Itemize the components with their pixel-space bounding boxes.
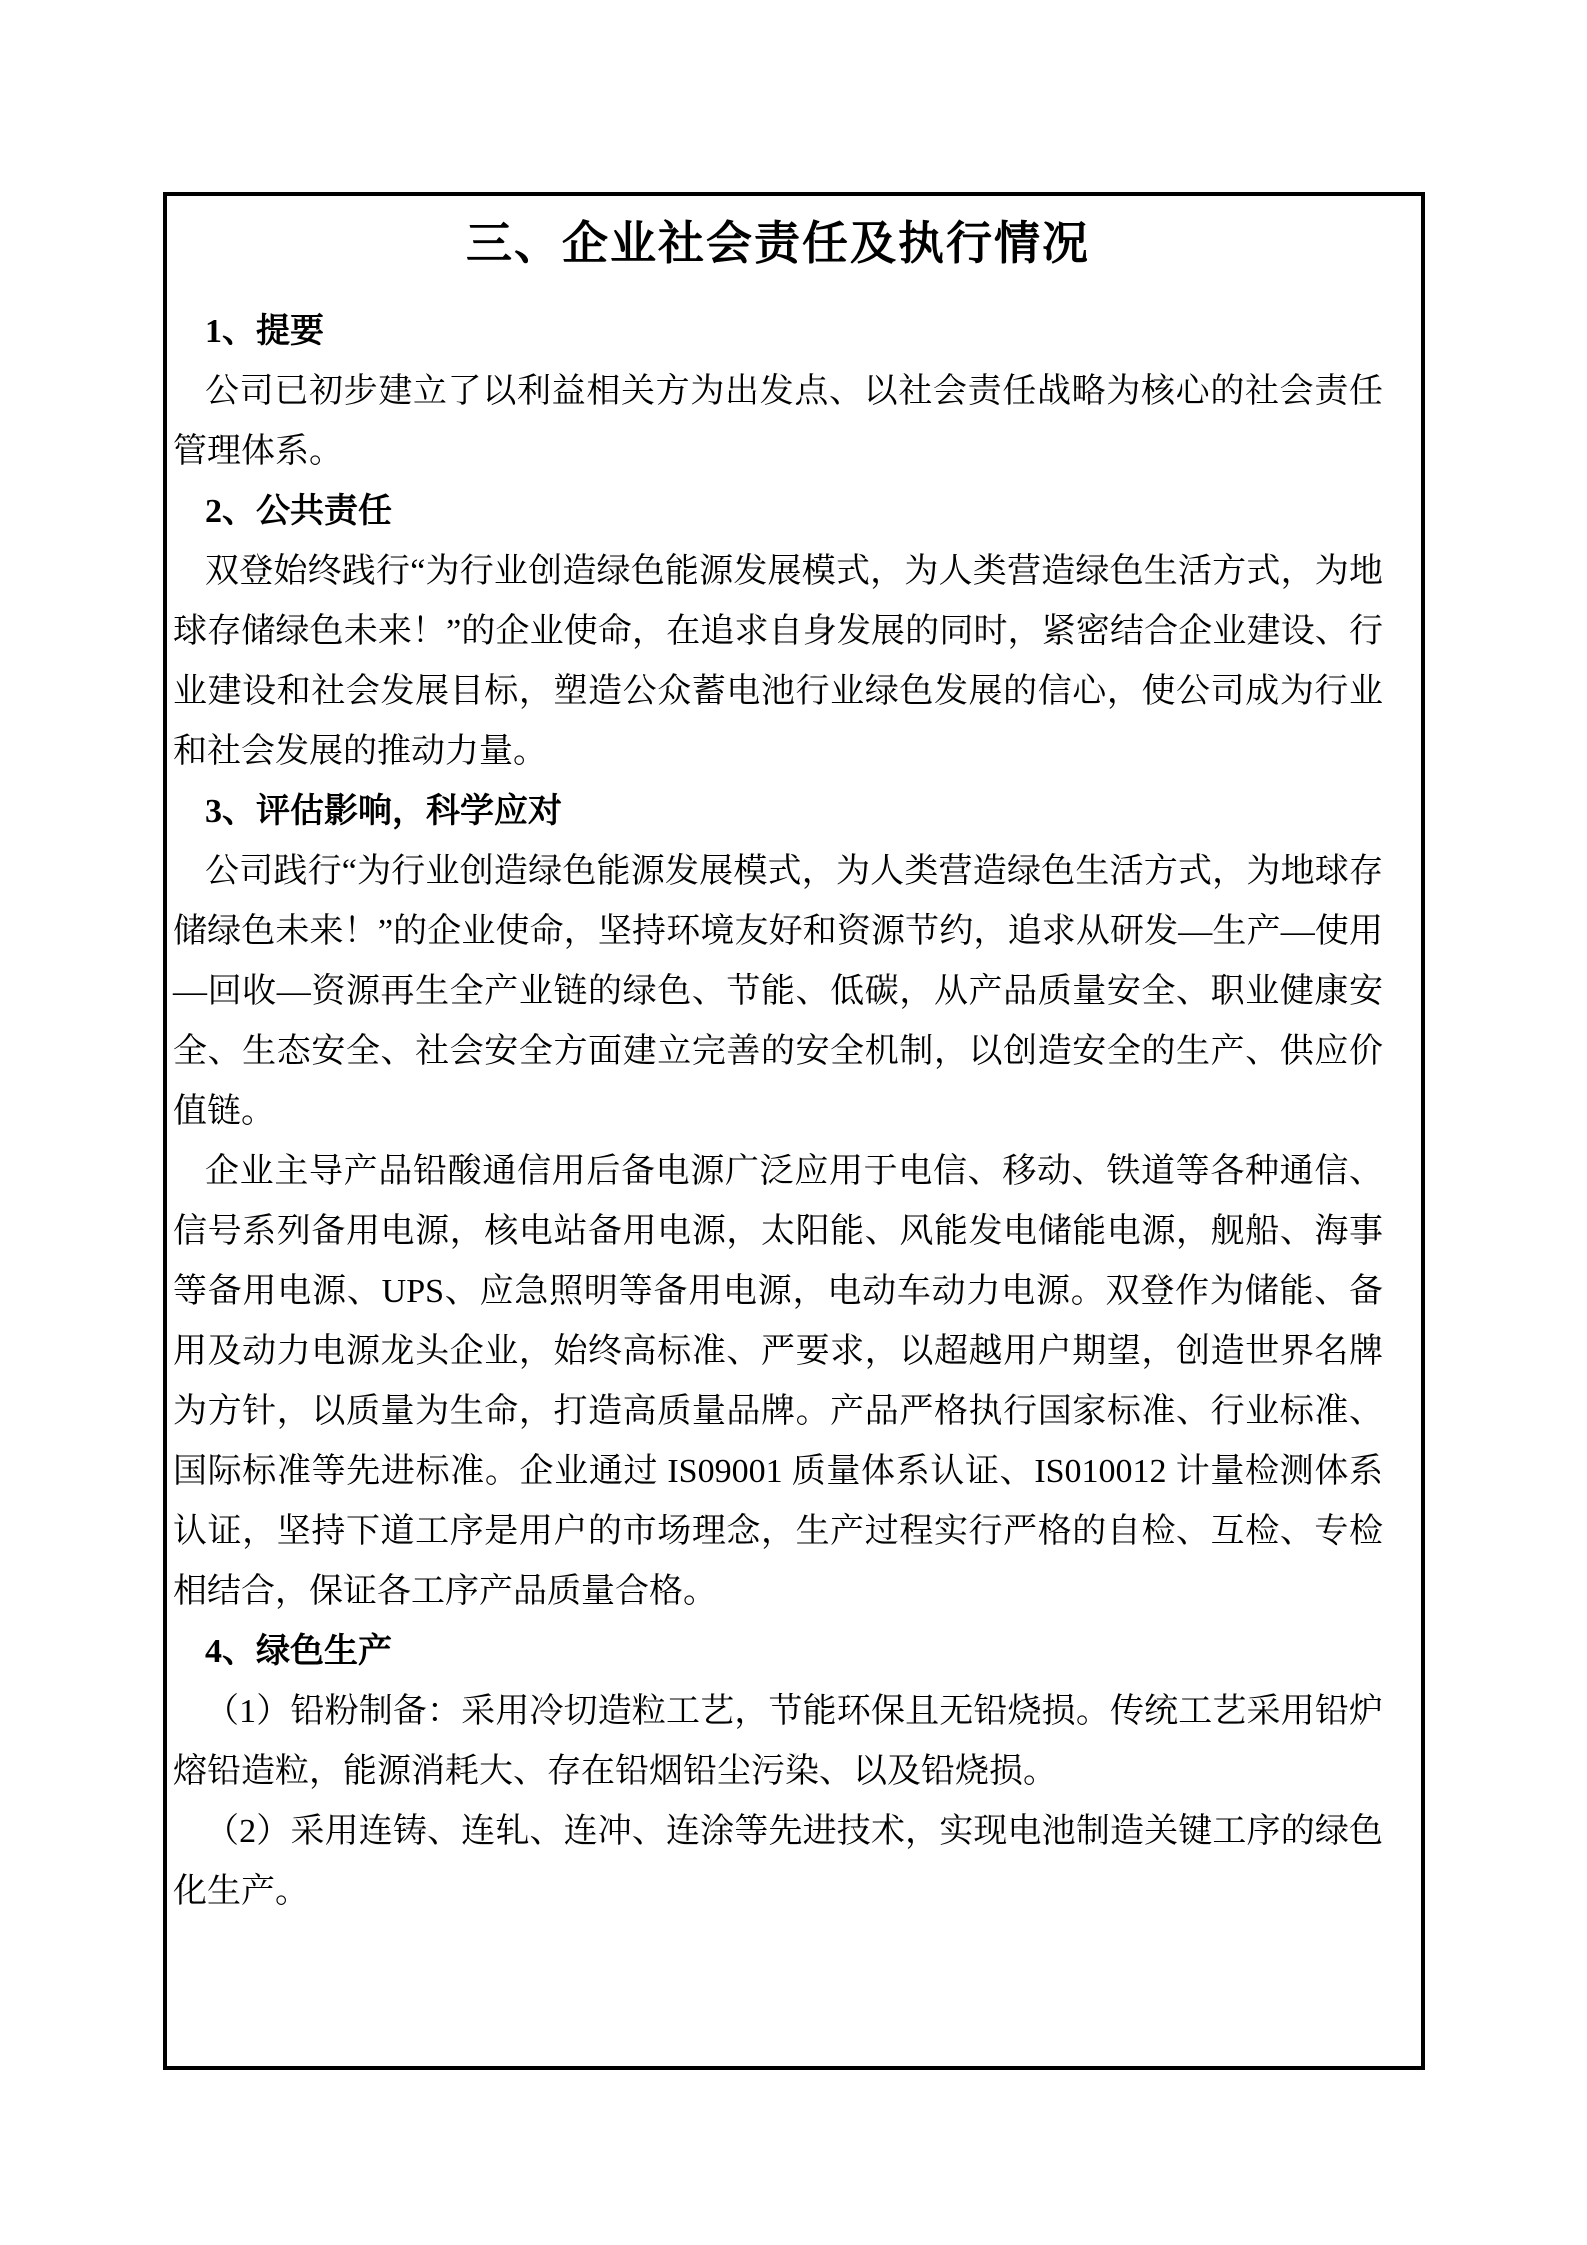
paragraph-impact-assessment-2: 企业主导产品铅酸通信用后备电源广泛应用于电信、移动、铁道等各种通信、信号系列备用…	[173, 1142, 1383, 1622]
section-heading-impact-assessment: 3、评估影响，科学应对	[173, 782, 1383, 842]
section-heading-public-responsibility: 2、公共责任	[173, 482, 1383, 542]
document-page: 三、企业社会责任及执行情况 1、提要 公司已初步建立了以利益相关方为出发点、以社…	[0, 0, 1587, 2245]
section-heading-summary: 1、提要	[173, 302, 1383, 362]
paragraph-summary-1: 公司已初步建立了以利益相关方为出发点、以社会责任战略为核心的社会责任管理体系。	[173, 362, 1383, 482]
document-border-box: 三、企业社会责任及执行情况 1、提要 公司已初步建立了以利益相关方为出发点、以社…	[163, 192, 1425, 2070]
paragraph-impact-assessment-1: 公司践行“为行业创造绿色能源发展模式，为人类营造绿色生活方式，为地球存储绿色未来…	[173, 842, 1383, 1142]
paragraph-green-production-2: （2）采用连铸、连轧、连冲、连涂等先进技术，实现电池制造关键工序的绿色化生产。	[173, 1802, 1383, 1922]
page-title: 三、企业社会责任及执行情况	[173, 212, 1383, 276]
section-heading-green-production: 4、绿色生产	[173, 1622, 1383, 1682]
paragraph-green-production-1: （1）铅粉制备：采用冷切造粒工艺，节能环保且无铅烧损。传统工艺采用铅炉熔铅造粒，…	[173, 1682, 1383, 1802]
paragraph-public-responsibility-1: 双登始终践行“为行业创造绿色能源发展模式，为人类营造绿色生活方式，为地球存储绿色…	[173, 542, 1383, 782]
